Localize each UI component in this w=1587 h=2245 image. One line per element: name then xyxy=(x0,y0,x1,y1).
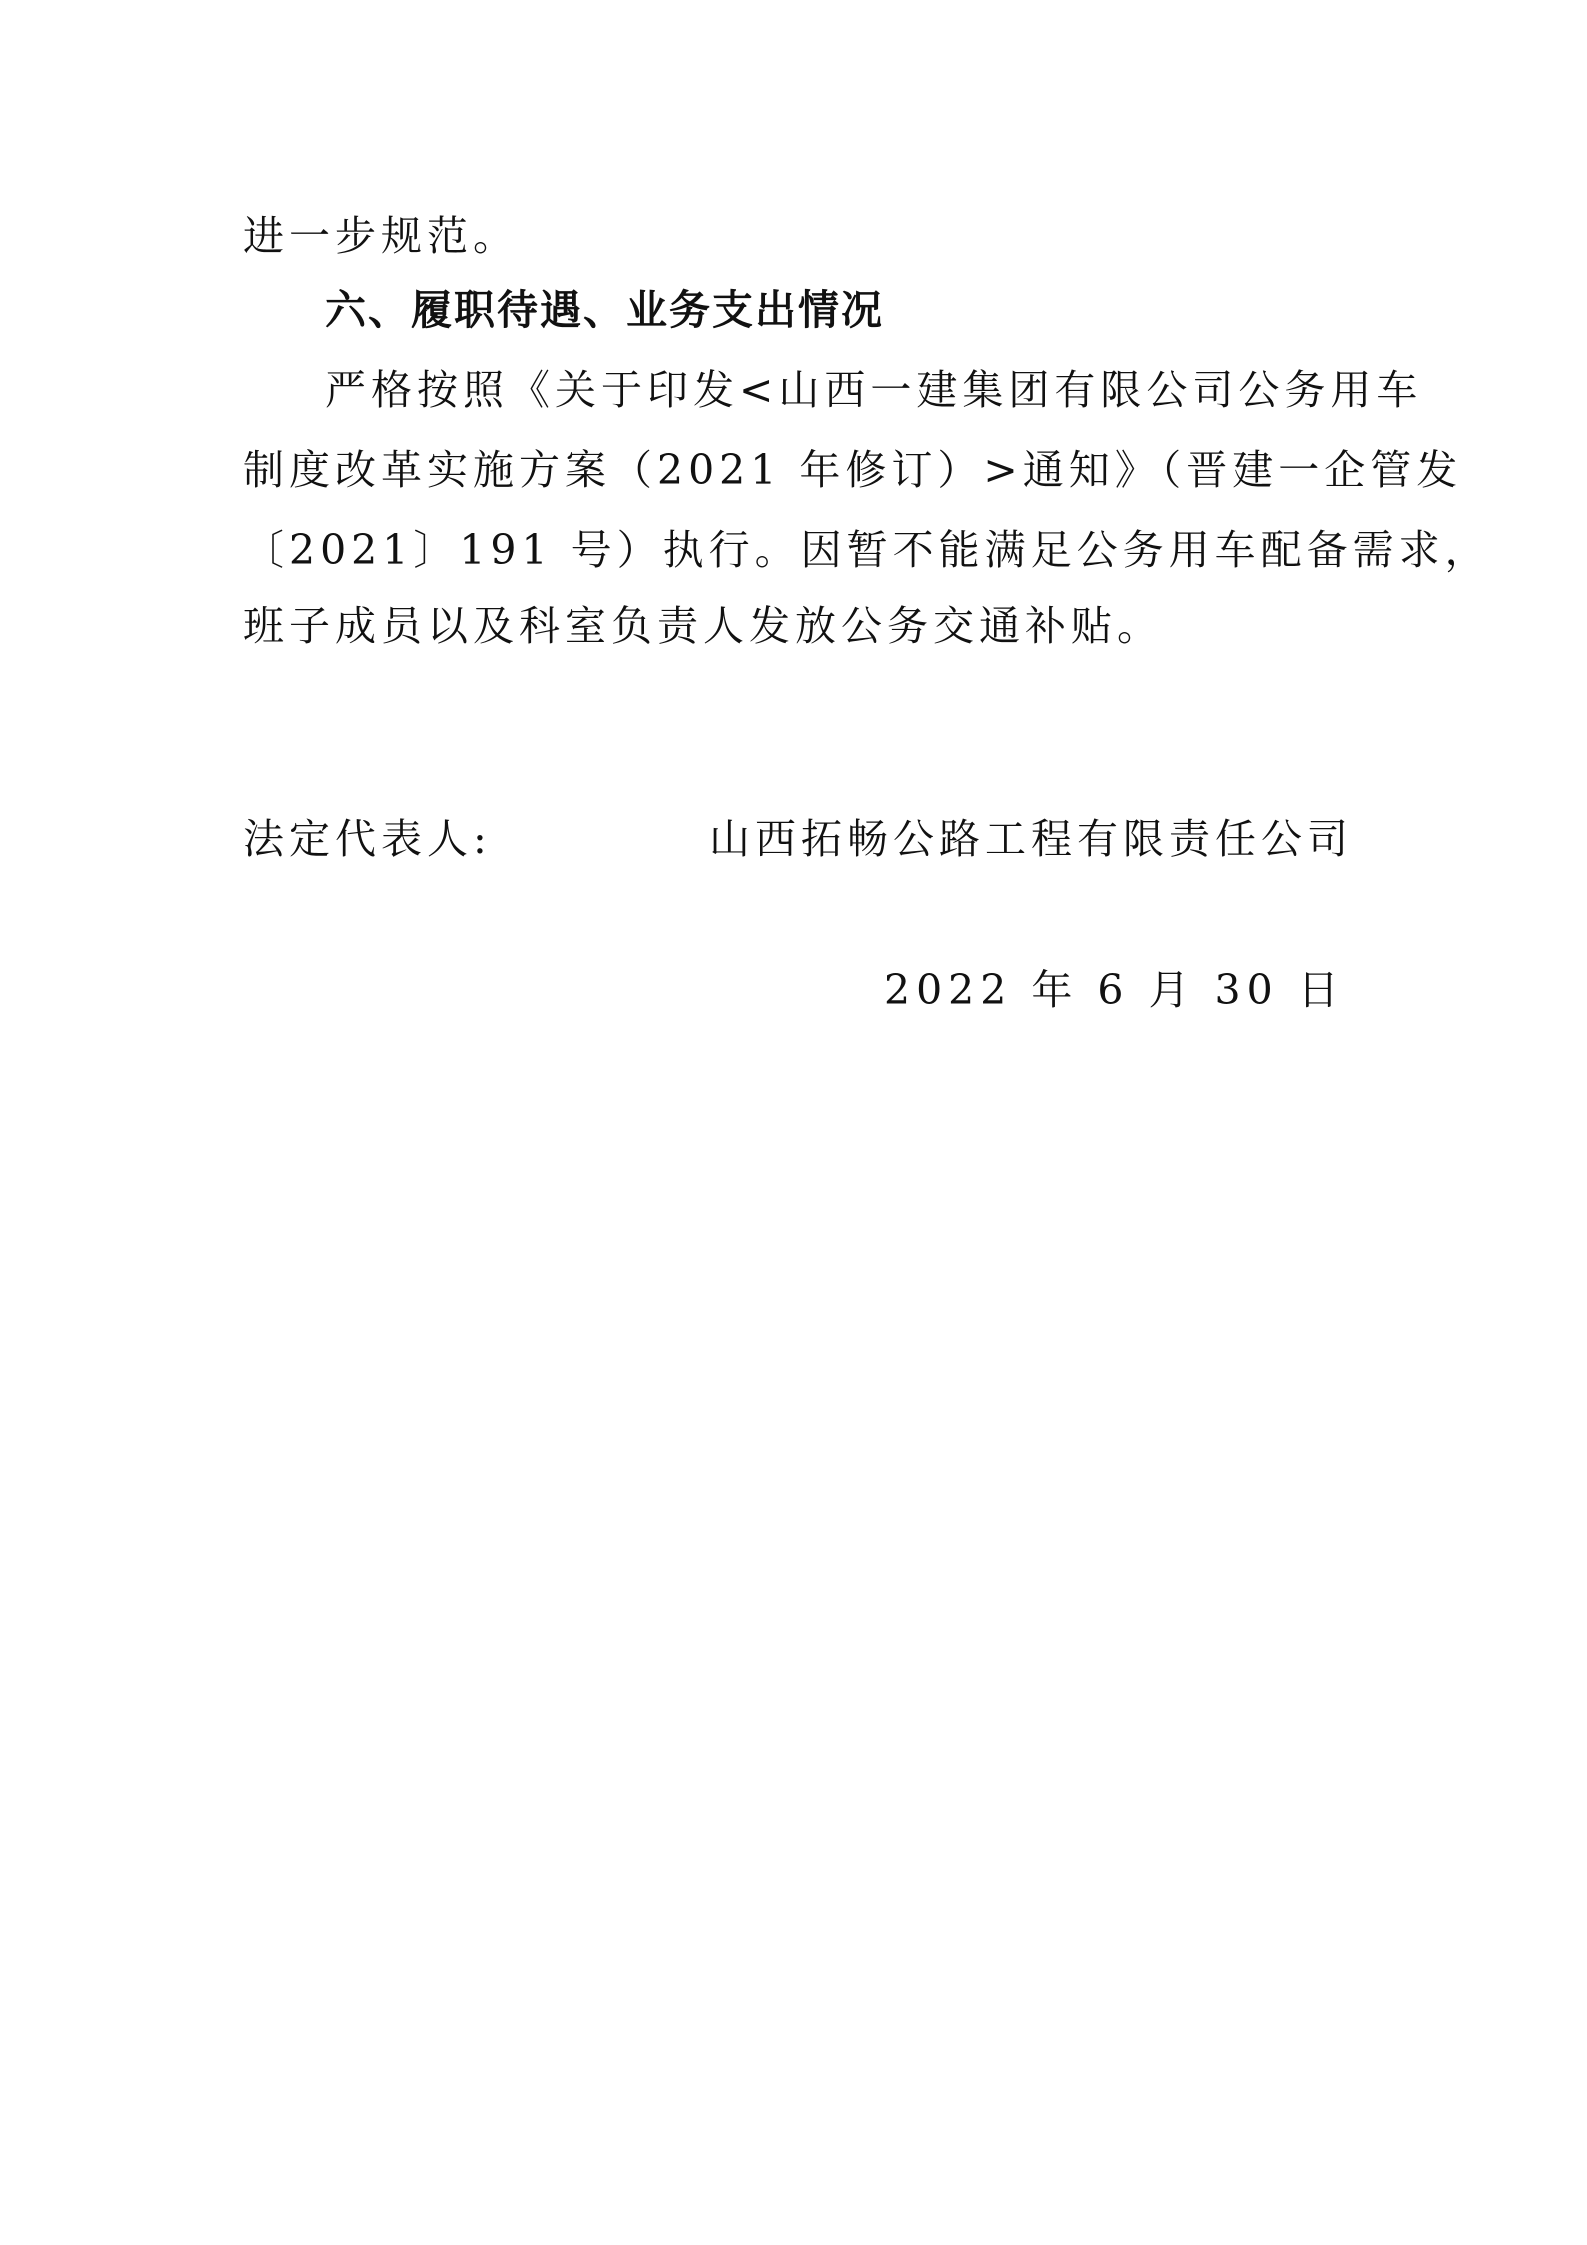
continuation-text: 进一步规范。 xyxy=(243,212,1353,260)
paragraph-line: 班子成员以及科室负责人发放公务交通补贴。 xyxy=(243,602,1353,650)
document-page: 进一步规范。 六、履职待遇、业务支出情况 严格按照《关于印发<山西一建集团有限公… xyxy=(0,0,1587,2245)
organization-name: 山西拓畅公路工程有限责任公司 xyxy=(709,815,1353,863)
signature-date: 2022 年 6 月 30 日 xyxy=(884,966,1345,1014)
paragraph-line: 〔2021〕191 号）执行。因暂不能满足公务用车配备需求， xyxy=(243,526,1353,574)
paragraph-line: 严格按照《关于印发<山西一建集团有限公司公务用车 xyxy=(325,366,1435,414)
paragraph-line: 制度改革实施方案（2021 年修订）>通知》（晋建一企管发 xyxy=(243,446,1353,494)
section-heading: 六、履职待遇、业务支出情况 xyxy=(325,286,1435,334)
